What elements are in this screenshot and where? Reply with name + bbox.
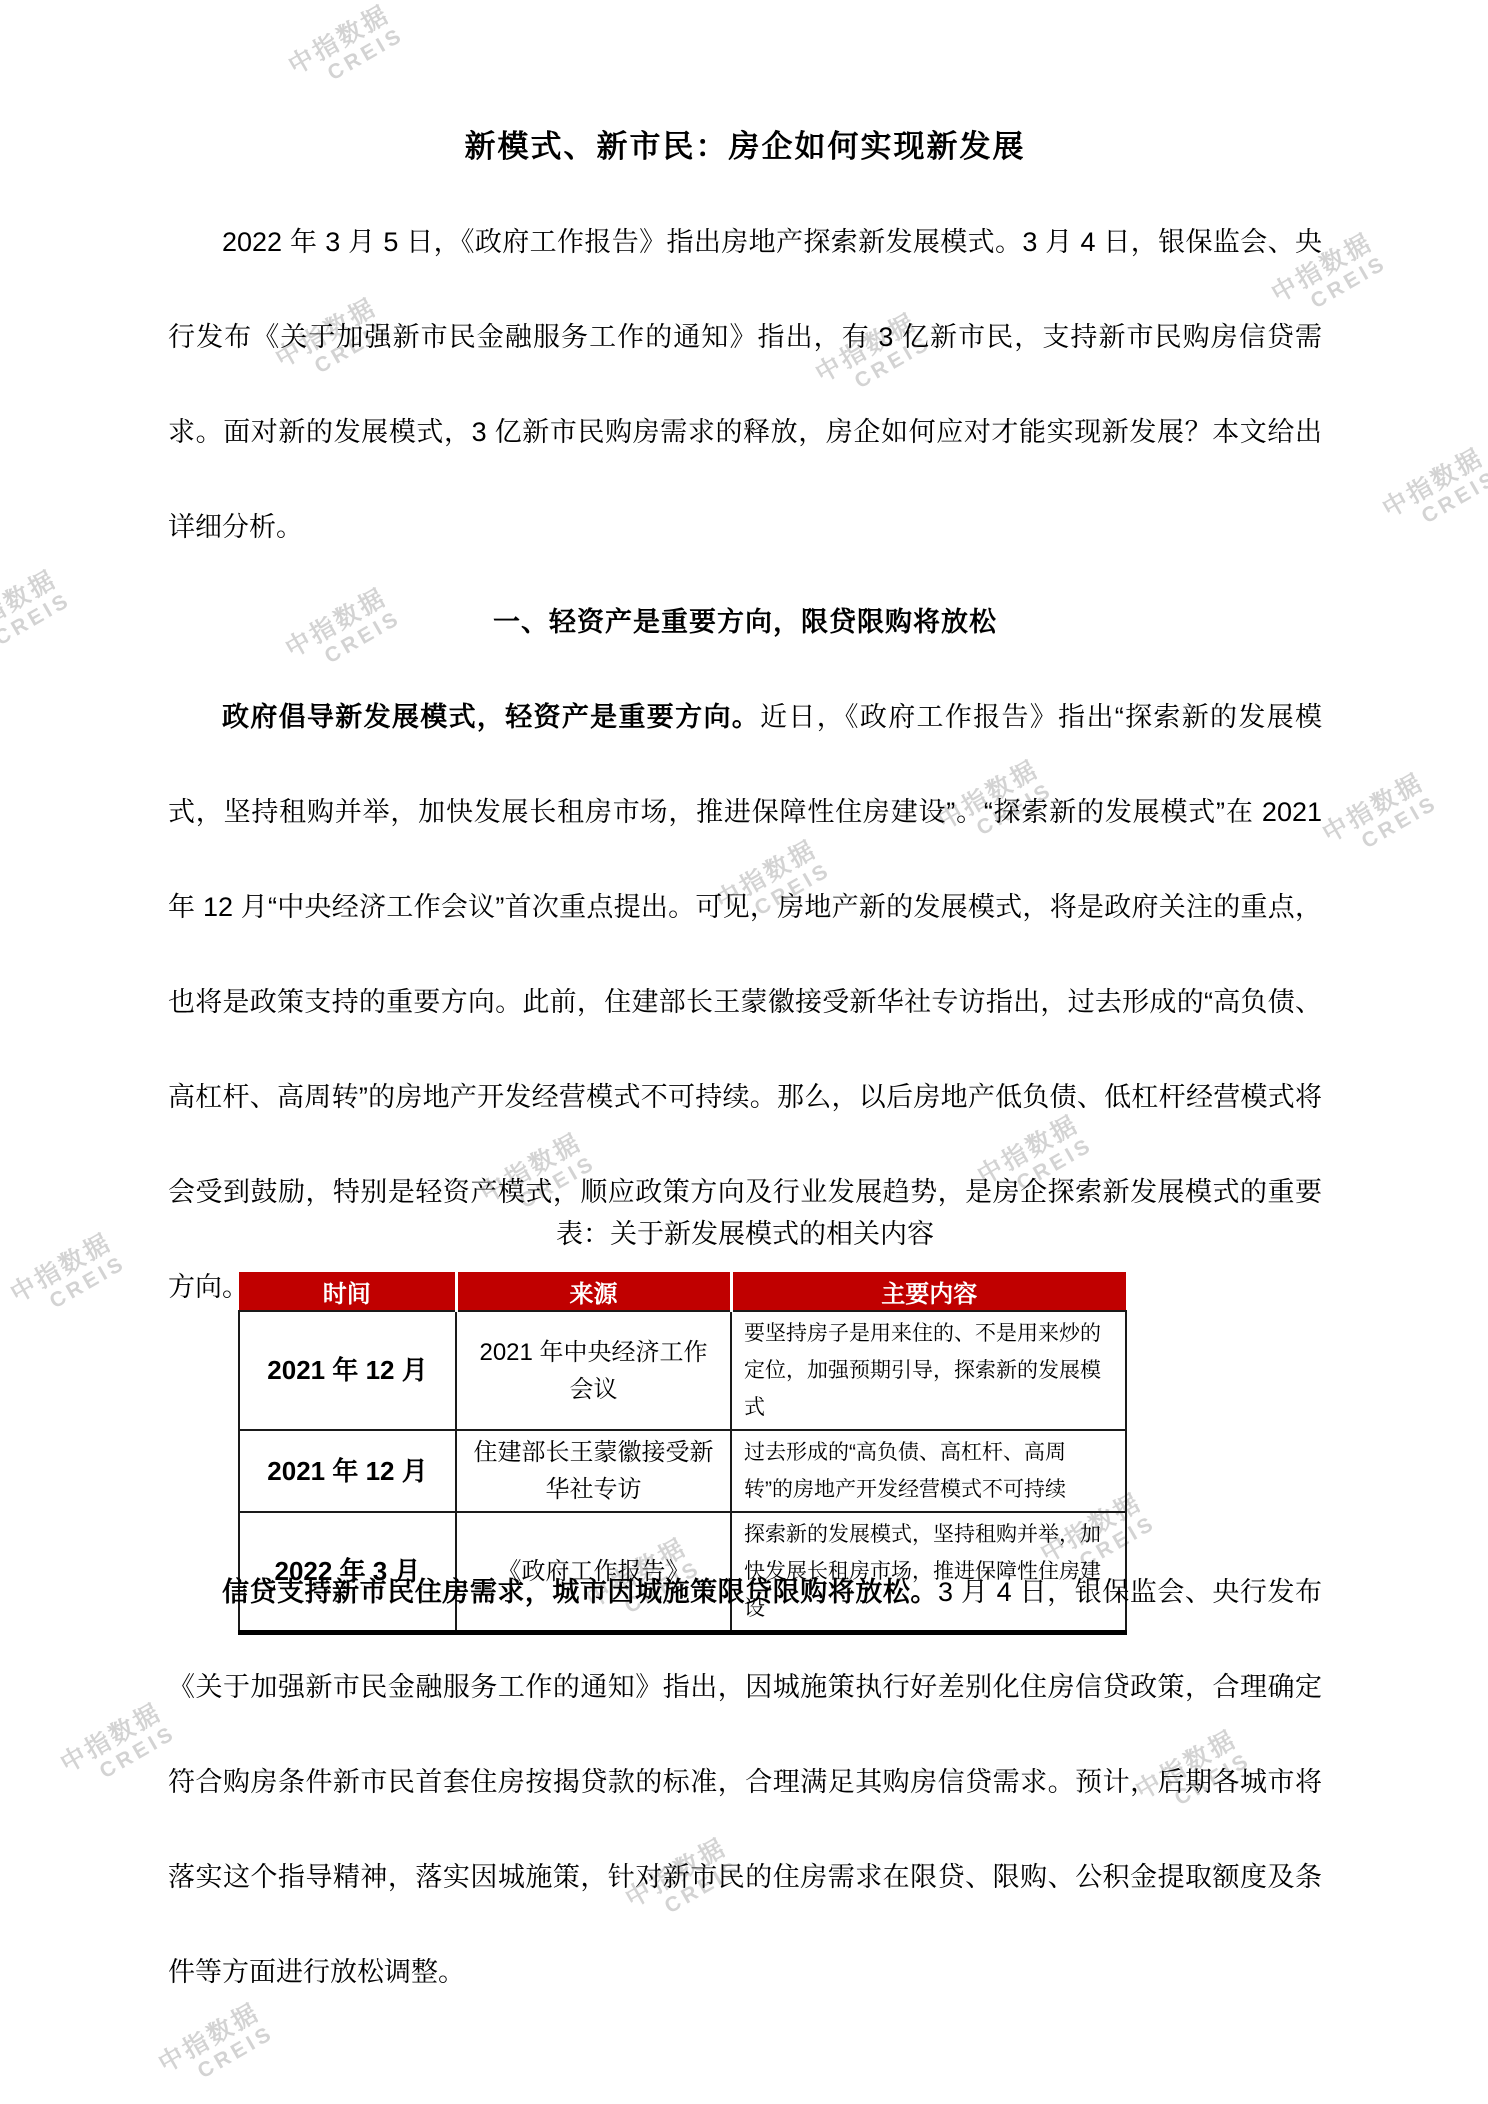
row2-time: 2021 年 12 月 [239, 1430, 456, 1512]
row1-time: 2021 年 12 月 [239, 1311, 456, 1430]
policy-table-header: 时间 来源 主要内容 [239, 1272, 1126, 1311]
row2-source: 住建部长王蒙徽接受新华社专访 [456, 1430, 731, 1512]
header-cell-source: 来源 [456, 1272, 731, 1311]
section-lead-bold: 政府倡导新发展模式，轻资产是重要方向。 [222, 702, 760, 732]
document-title: 新模式、新市民：房企如何实现新发展 [168, 121, 1322, 166]
table-caption: 表：关于新发展模式的相关内容 [168, 1212, 1322, 1251]
credit-body-text: 3 月 4 日，银保监会、央行发布《关于加强新市民金融服务工作的通知》指出，因城… [168, 1577, 1322, 1987]
creis-watermark: 中指数据CREIS [56, 1697, 181, 1799]
table-row: 2021 年 12 月 住建部长王蒙徽接受新华社专访 过去形成的“高负债、高杠杆… [239, 1430, 1126, 1512]
credit-paragraph: 信贷支持新市民住房需求，城市因城施策限贷限购将放松。3 月 4 日，银保监会、央… [168, 1545, 1322, 2020]
intro-text: 2022 年 3 月 5 日，《政府工作报告》指出房地产探索新发展模式。3 月 … [168, 227, 1322, 542]
row2-content: 过去形成的“高负债、高杠杆、高周转”的房地产开发经营模式不可持续 [731, 1430, 1126, 1512]
document-page: 中指数据CREIS中指数据CREIS中指数据CREIS中指数据CREIS中指数据… [0, 0, 1488, 2104]
header-cell-content: 主要内容 [731, 1272, 1126, 1311]
header-cell-time: 时间 [239, 1272, 456, 1311]
intro-paragraph: 2022 年 3 月 5 日，《政府工作报告》指出房地产探索新发展模式。3 月 … [168, 195, 1322, 575]
table-row: 2021 年 12 月 2021 年中央经济工作会议 要坚持房子是用来住的、不是… [239, 1311, 1126, 1430]
row1-content: 要坚持房子是用来住的、不是用来炒的定位，加强预期引导，探索新的发展模式 [731, 1311, 1126, 1430]
creis-watermark: 中指数据CREIS [1318, 767, 1443, 869]
row1-source: 2021 年中央经济工作会议 [456, 1311, 731, 1430]
creis-watermark: 中指数据CREIS [0, 564, 75, 666]
creis-watermark: 中指数据CREIS [6, 1227, 131, 1329]
credit-lead-bold: 信贷支持新市民住房需求，城市因城施策限贷限购将放松。 [222, 1577, 938, 1607]
creis-watermark: 中指数据CREIS [284, 0, 409, 101]
creis-watermark: 中指数据CREIS [1378, 442, 1488, 544]
section-heading: 一、轻资产是重要方向，限贷限购将放松 [168, 600, 1322, 639]
